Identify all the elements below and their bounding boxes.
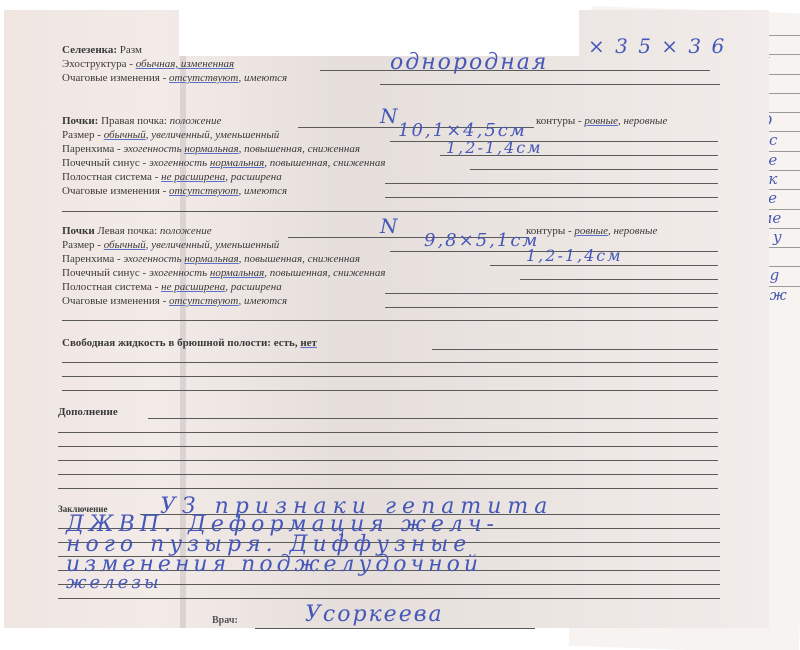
- right-kidney-parenchyma-row: Паренхима - эхогенность нормальная, повы…: [62, 143, 360, 155]
- left-kidney-sinus-row: Почечный синус - эхогенность нормальная,…: [62, 267, 385, 279]
- right-kidney-contours: контуры - ровные, неровные: [536, 115, 667, 127]
- right-kidney-position-row: Почки: Правая почка: положение: [62, 115, 221, 127]
- right-kidney-sinus-row: Почечный синус - эхогенность нормальная,…: [62, 157, 385, 169]
- right-kidney-position-value: N: [380, 104, 400, 128]
- right-kidney-focal-row: Очаговые изменения - отсутствуют, имеютс…: [62, 185, 287, 197]
- free-fluid-row: Свободная жидкость в брюшной полости: ес…: [62, 337, 317, 349]
- spleen-size-row: Селезенка: Разм: [62, 44, 142, 56]
- addition-label: Дополнение: [58, 406, 118, 418]
- left-kidney-cavity-row: Полостная система - не расширена, расшир…: [62, 281, 282, 293]
- conclusion-line-5: железы: [66, 572, 162, 593]
- doctor-label: Врач:: [212, 615, 238, 626]
- right-kidney-cavity-row: Полостная система - не расширена, расшир…: [62, 171, 282, 183]
- right-kidney-size-row: Размер - обычный, увеличенный, уменьшенн…: [62, 129, 279, 141]
- right-kidney-parenchyma-value: 1,2-1,4см: [446, 138, 543, 157]
- left-kidney-size-row: Размер - обычный, увеличенный, уменьшенн…: [62, 239, 279, 251]
- doctor-signature: Усоркеева: [305, 602, 444, 627]
- spleen-focal-row: Очаговые изменения - отсутствуют, имеютс…: [62, 72, 287, 84]
- left-kidney-size-value: 9,8×5,1см: [424, 230, 539, 251]
- left-kidney-contours: контуры - ровные, неровные: [526, 225, 657, 237]
- left-kidney-parenchyma-value: 1,2-1,4см: [526, 246, 623, 265]
- spleen-size-value: × 3 5 × 3 6: [588, 34, 726, 58]
- left-kidney-position-value: N: [380, 214, 400, 238]
- spleen-echostructure-row: Эхоструктура - обычная, измененная: [62, 58, 234, 70]
- left-kidney-parenchyma-row: Паренхима - эхогенность нормальная, повы…: [62, 253, 360, 265]
- left-kidney-position-row: Почки Левая почка: положение: [62, 225, 212, 237]
- spleen-echostructure-value: однородная: [390, 50, 548, 75]
- left-kidney-focal-row: Очаговые изменения - отсутствуют, имеютс…: [62, 295, 287, 307]
